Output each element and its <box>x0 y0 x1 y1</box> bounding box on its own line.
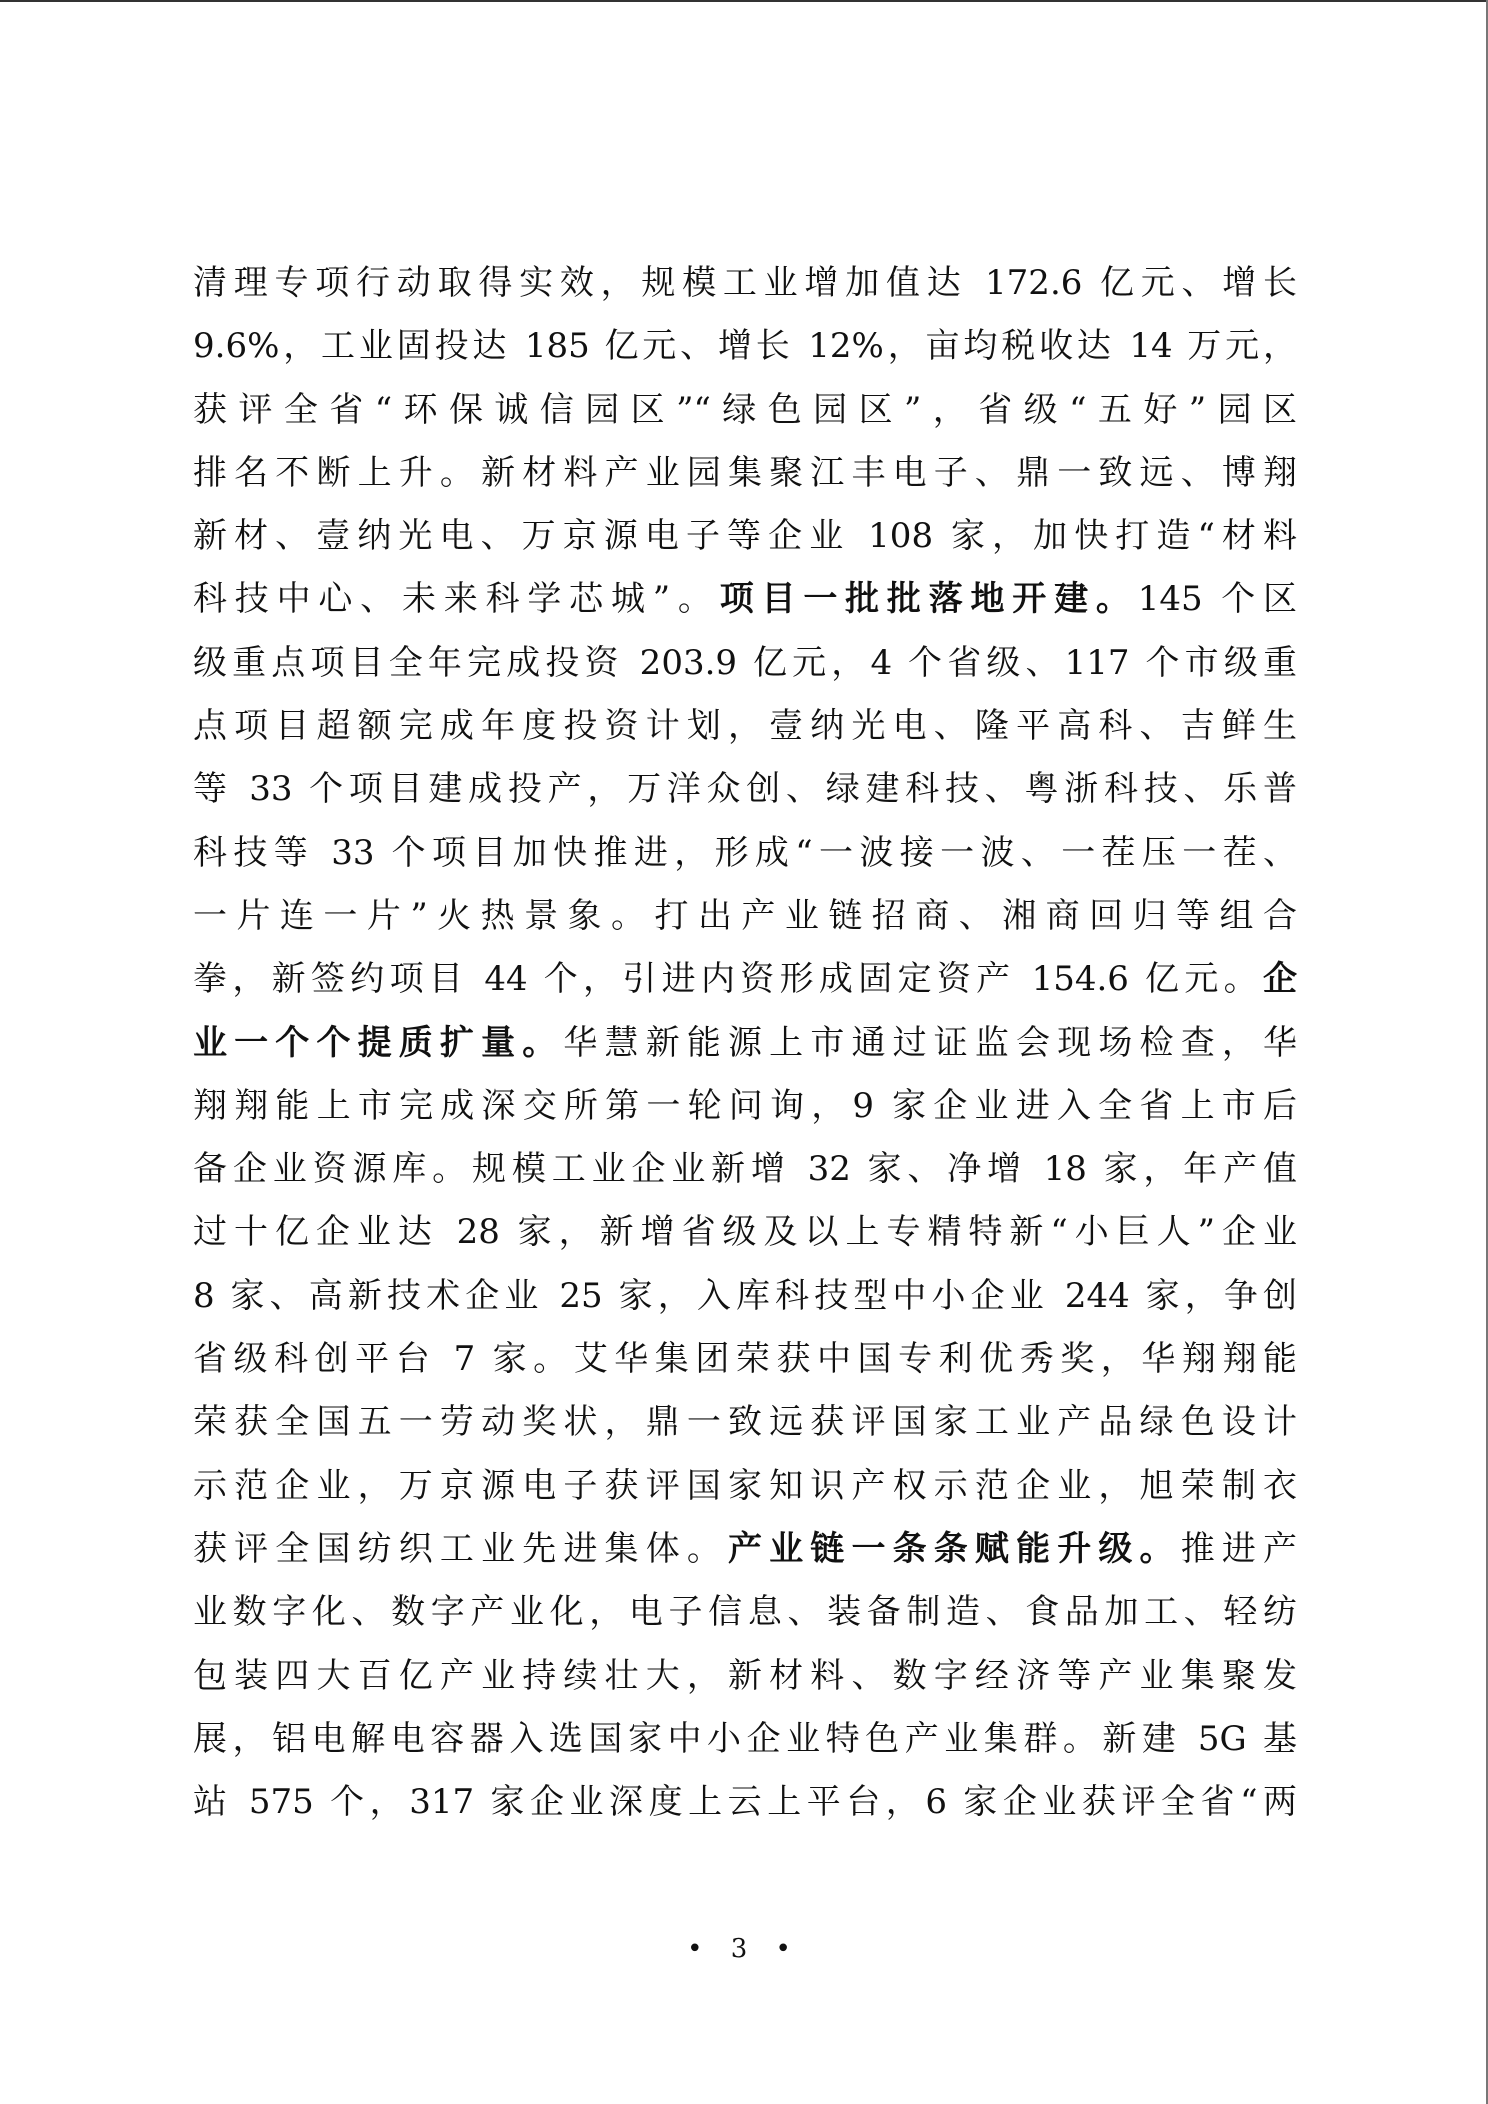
bold-heading-phrase: 产业链一条条赋能升级。 <box>728 1529 1181 1569</box>
body-text: 包装四大百亿产业持续壮大，新材料、数字经济等产业集聚发 <box>193 1656 1297 1696</box>
body-text: 排名不断上升。新材料产业园集聚江丰电子、鼎一致远、博翔 <box>193 453 1297 493</box>
body-text: 备企业资源库。规模工业企业新增 32 家、净增 18 家，年产值 <box>193 1149 1297 1189</box>
body-text: 省级科创平台 7 家。艾华集团荣获中国专利优秀奖，华翔翔能 <box>193 1339 1297 1379</box>
bold-heading-phrase: 项目一批批落地开建。 <box>720 579 1138 619</box>
text-line: 翔翔能上市完成深交所第一轮问询，9 家企业进入全省上市后 <box>193 1075 1297 1138</box>
text-line: 等 33 个项目建成投产，万洋众创、绿建科技、粤浙科技、乐普 <box>193 758 1297 821</box>
body-text: 科技中心、未来科学芯城”。 <box>193 579 720 619</box>
body-text: 科技等 33 个项目加快推进，形成“一波接一波、一茬压一茬、 <box>193 833 1297 873</box>
text-line: 省级科创平台 7 家。艾华集团荣获中国专利优秀奖，华翔翔能 <box>193 1328 1297 1391</box>
bold-heading-phrase: 业一个个提质扩量。 <box>193 1023 563 1063</box>
body-text: 华慧新能源上市通过证监会现场检查，华 <box>563 1023 1297 1063</box>
text-line: 拳，新签约项目 44 个，引进内资形成固定资产 154.6 亿元。企 <box>193 948 1297 1011</box>
text-line: 新材、壹纳光电、万京源电子等企业 108 家，加快打造“材料 <box>193 505 1297 568</box>
body-text: 翔翔能上市完成深交所第一轮问询，9 家企业进入全省上市后 <box>193 1086 1297 1126</box>
text-line: 荣获全国五一劳动奖状，鼎一致远获评国家工业产品绿色设计 <box>193 1391 1297 1454</box>
text-line: 级重点项目全年完成投资 203.9 亿元，4 个省级、117 个市级重 <box>193 632 1297 695</box>
body-text: 业数字化、数字产业化，电子信息、装备制造、食品加工、轻纺 <box>193 1592 1297 1632</box>
text-line: 展，铝电解电容器入选国家中小企业特色产业集群。新建 5G 基 <box>193 1708 1297 1771</box>
body-text: 清理专项行动取得实效，规模工业增加值达 172.6 亿元、增长 <box>193 263 1297 303</box>
body-text: 145 个区 <box>1138 579 1297 619</box>
body-text: 等 33 个项目建成投产，万洋众创、绿建科技、粤浙科技、乐普 <box>193 769 1297 809</box>
text-line: 获评全省“环保诚信园区”“绿色园区”，省级“五好”园区 <box>193 379 1297 442</box>
body-text: 8 家、高新技术企业 25 家，入库科技型中小企业 244 家，争创 <box>193 1276 1297 1316</box>
body-text: 获评全省“环保诚信园区”“绿色园区”，省级“五好”园区 <box>193 390 1297 430</box>
text-line: 科技等 33 个项目加快推进，形成“一波接一波、一茬压一茬、 <box>193 822 1297 885</box>
text-line: 9.6%，工业固投达 185 亿元、增长 12%，亩均税收达 14 万元， <box>193 315 1297 378</box>
body-text: 示范企业，万京源电子获评国家知识产权示范企业，旭荣制衣 <box>193 1466 1297 1506</box>
body-text: 展，铝电解电容器入选国家中小企业特色产业集群。新建 5G 基 <box>193 1719 1297 1759</box>
body-text: 点项目超额完成年度投资计划，壹纳光电、隆平高科、吉鲜生 <box>193 706 1297 746</box>
bold-heading-phrase: 企 <box>1263 959 1297 999</box>
body-text: 9.6%，工业固投达 185 亿元、增长 12%，亩均税收达 14 万元， <box>193 326 1297 366</box>
body-text: 过十亿企业达 28 家，新增省级及以上专精特新“小巨人”企业 <box>193 1212 1297 1252</box>
body-text: 级重点项目全年完成投资 203.9 亿元，4 个省级、117 个市级重 <box>193 643 1297 683</box>
text-line: 备企业资源库。规模工业企业新增 32 家、净增 18 家，年产值 <box>193 1138 1297 1201</box>
page-top-border <box>0 0 1488 2</box>
body-text: 推进产 <box>1181 1529 1297 1569</box>
text-line: 清理专项行动取得实效，规模工业增加值达 172.6 亿元、增长 <box>193 252 1297 315</box>
text-line: 8 家、高新技术企业 25 家，入库科技型中小企业 244 家，争创 <box>193 1265 1297 1328</box>
text-line: 示范企业，万京源电子获评国家知识产权示范企业，旭荣制衣 <box>193 1455 1297 1518</box>
text-line: 一片连一片”火热景象。打出产业链招商、湘商回归等组合 <box>193 885 1297 948</box>
page-number: • 3 • <box>0 1934 1488 1964</box>
document-body: 清理专项行动取得实效，规模工业增加值达 172.6 亿元、增长9.6%，工业固投… <box>193 252 1297 1834</box>
text-line: 包装四大百亿产业持续壮大，新材料、数字经济等产业集聚发 <box>193 1645 1297 1708</box>
text-line: 业一个个提质扩量。华慧新能源上市通过证监会现场检查，华 <box>193 1012 1297 1075</box>
body-text: 荣获全国五一劳动奖状，鼎一致远获评国家工业产品绿色设计 <box>193 1402 1297 1442</box>
text-line: 科技中心、未来科学芯城”。项目一批批落地开建。145 个区 <box>193 568 1297 631</box>
body-text: 站 575 个，317 家企业深度上云上平台，6 家企业获评全省“两 <box>193 1782 1297 1822</box>
text-line: 点项目超额完成年度投资计划，壹纳光电、隆平高科、吉鲜生 <box>193 695 1297 758</box>
text-line: 排名不断上升。新材料产业园集聚江丰电子、鼎一致远、博翔 <box>193 442 1297 505</box>
body-text: 新材、壹纳光电、万京源电子等企业 108 家，加快打造“材料 <box>193 516 1297 556</box>
body-text: 拳，新签约项目 44 个，引进内资形成固定资产 154.6 亿元。 <box>193 959 1263 999</box>
text-line: 业数字化、数字产业化，电子信息、装备制造、食品加工、轻纺 <box>193 1581 1297 1644</box>
text-line: 获评全国纺织工业先进集体。产业链一条条赋能升级。推进产 <box>193 1518 1297 1581</box>
body-text: 获评全国纺织工业先进集体。 <box>193 1529 728 1569</box>
text-line: 站 575 个，317 家企业深度上云上平台，6 家企业获评全省“两 <box>193 1771 1297 1834</box>
body-text: 一片连一片”火热景象。打出产业链招商、湘商回归等组合 <box>193 896 1297 936</box>
text-line: 过十亿企业达 28 家，新增省级及以上专精特新“小巨人”企业 <box>193 1201 1297 1264</box>
